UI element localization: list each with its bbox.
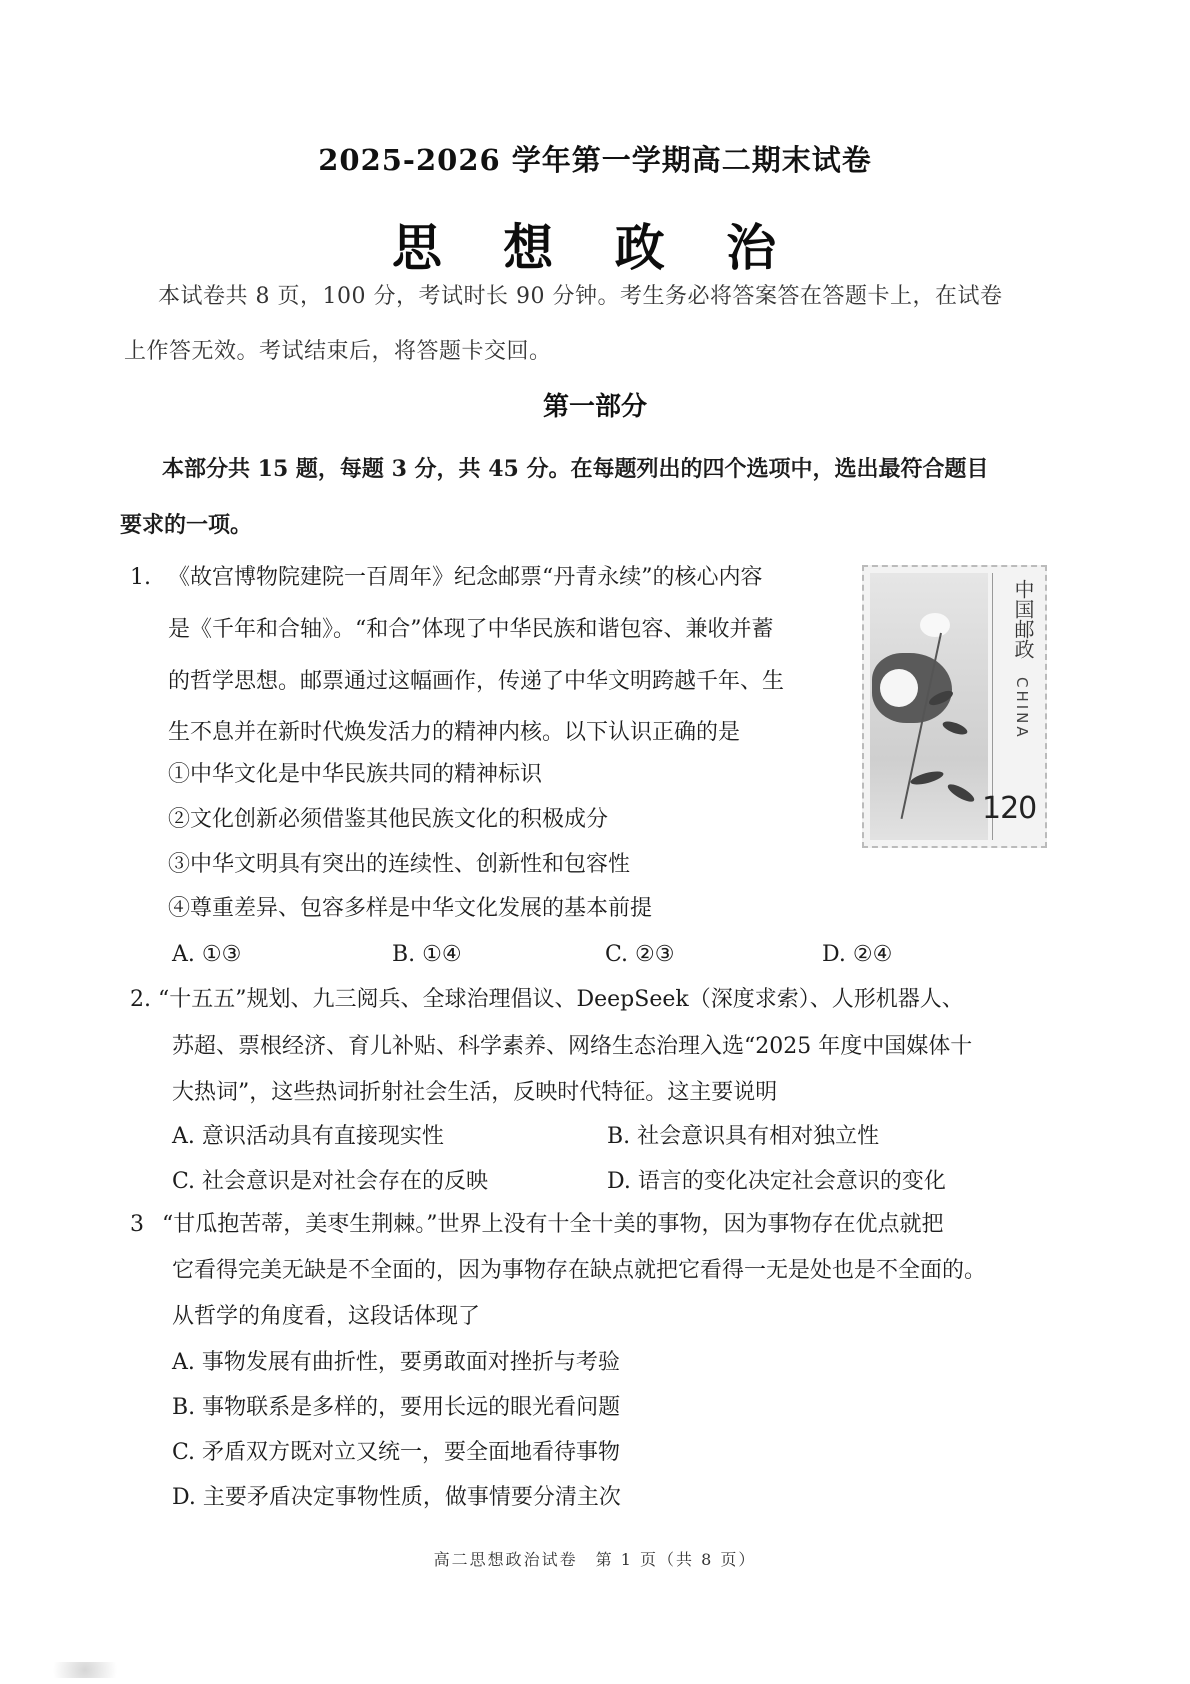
option-d[interactable]: D. ②④ xyxy=(822,940,892,970)
option-label: B. xyxy=(392,942,415,967)
scan-artifact xyxy=(40,1662,130,1678)
question-stem-line: 苏超、票根经济、育儿补贴、科学素养、网络生态治理入选“2025 年度中国媒体十 xyxy=(172,1032,972,1062)
option-label: C. xyxy=(172,1169,195,1194)
leaf-shape xyxy=(941,719,969,737)
option-text: ②④ xyxy=(853,942,892,967)
option-label: A. xyxy=(172,1350,195,1375)
option-a[interactable]: A. ①③ xyxy=(172,940,241,970)
rock-hole xyxy=(880,669,918,707)
leaf-shape xyxy=(946,781,977,805)
option-label: D. xyxy=(172,1485,196,1510)
option-text: 事物联系是多样的，要用长远的眼光看问题 xyxy=(202,1395,620,1420)
option-b[interactable]: B. 事物联系是多样的，要用长远的眼光看问题 xyxy=(172,1393,620,1423)
question-number: 2. xyxy=(130,985,151,1015)
option-label: B. xyxy=(172,1395,195,1420)
option-text: 事物发展有曲折性，要勇敢面对挫折与考验 xyxy=(202,1350,620,1375)
question-stem-line: 《故宫博物院建院一百周年》纪念邮票“丹青永续”的核心内容 xyxy=(168,563,763,593)
question-stem-line: 从哲学的角度看，这段话体现了 xyxy=(172,1302,480,1332)
question-number: 1. xyxy=(130,563,151,593)
option-text: ①④ xyxy=(422,942,461,967)
option-b[interactable]: B. 社会意识具有相对独立性 xyxy=(607,1122,879,1152)
option-label: A. xyxy=(172,942,195,967)
question-stem-line: 它看得完美无缺是不全面的，因为事物存在缺点就把它看得一无是处也是不全面的。 xyxy=(172,1256,986,1286)
exam-instructions-line-1: 本试卷共 8 页，100 分，考试时长 90 分钟。考生务必将答案答在答题卡上，… xyxy=(158,282,1002,312)
question-stem-line: 的哲学思想。邮票通过这幅画作，传递了中华文明跨越千年、生 xyxy=(168,667,784,697)
question-stem-line: 大热词”，这些热词折射社会生活，反映时代特征。这主要说明 xyxy=(172,1078,777,1108)
option-text: 矛盾双方既对立又统一，要全面地看待事物 xyxy=(202,1440,620,1465)
option-text: ②③ xyxy=(635,942,674,967)
question-stem-line: 生不息并在新时代焕发活力的精神内核。以下认识正确的是 xyxy=(168,718,740,748)
option-label: B. xyxy=(607,1124,630,1149)
leaf-shape xyxy=(909,769,944,787)
question-stem-line: “甘瓜抱苦蒂，美枣生荆棘。”世界上没有十全十美的事物，因为事物存在优点就把 xyxy=(162,1210,944,1240)
option-d[interactable]: D. 主要矛盾决定事物性质，做事情要分清主次 xyxy=(172,1483,621,1513)
exam-title: 2025-2026 学年第一学期高二期末试卷 xyxy=(0,138,1190,179)
question-number: 3 xyxy=(130,1210,144,1240)
option-label: A. xyxy=(172,1124,195,1149)
flower-shape xyxy=(920,613,950,637)
option-label: D. xyxy=(607,1169,631,1194)
option-text: 社会意识是对社会存在的反映 xyxy=(202,1169,488,1194)
ink-painting xyxy=(870,573,988,840)
option-text: 意识活动具有直接现实性 xyxy=(202,1124,444,1149)
subject-title: 思 想 政 治 xyxy=(0,208,1190,280)
question-stem-line: “十五五”规划、九三阅兵、全球治理倡议、DeepSeek（深度求索）、人形机器人… xyxy=(158,985,964,1015)
option-c[interactable]: C. ②③ xyxy=(605,940,675,970)
option-c[interactable]: C. 社会意识是对社会存在的反映 xyxy=(172,1167,488,1197)
question-stem-line: 是《千年和合轴》。“和合”体现了中华民族和谐包容、兼收并蓄 xyxy=(168,615,774,645)
statement-4: ④尊重差异、包容多样是中华文化发展的基本前提 xyxy=(168,894,652,924)
stamp-country-cn: 中国邮政 xyxy=(1011,579,1035,659)
option-c[interactable]: C. 矛盾双方既对立又统一，要全面地看待事物 xyxy=(172,1438,620,1468)
statement-2: ②文化创新必须借鉴其他民族文化的积极成分 xyxy=(168,805,608,835)
stamp-denomination: 120 xyxy=(982,791,1036,826)
option-b[interactable]: B. ①④ xyxy=(392,940,462,970)
option-label: C. xyxy=(605,942,628,967)
page-footer: 高二思想政治试卷 第 1 页（共 8 页） xyxy=(0,1547,1190,1570)
part-description-line-2: 要求的一项。 xyxy=(120,510,252,540)
part-title: 第一部分 xyxy=(0,386,1190,423)
stamp-country-en: CHINA xyxy=(1013,677,1031,740)
option-text: 主要矛盾决定事物性质，做事情要分清主次 xyxy=(203,1485,621,1510)
option-a[interactable]: A. 意识活动具有直接现实性 xyxy=(172,1122,444,1152)
postage-stamp-image: 中国邮政 CHINA 120 xyxy=(862,565,1047,848)
exam-instructions-line-2: 上作答无效。考试结束后，将答题卡交回。 xyxy=(124,337,552,367)
option-a[interactable]: A. 事物发展有曲折性，要勇敢面对挫折与考验 xyxy=(172,1348,620,1378)
statement-3: ③中华文明具有突出的连续性、创新性和包容性 xyxy=(168,850,630,880)
option-text: ①③ xyxy=(202,942,241,967)
option-d[interactable]: D. 语言的变化决定社会意识的变化 xyxy=(607,1167,946,1197)
part-description-line-1: 本部分共 15 题，每题 3 分，共 45 分。在每题列出的四个选项中，选出最符… xyxy=(162,454,989,484)
option-label: C. xyxy=(172,1440,195,1465)
option-text: 社会意识具有相对独立性 xyxy=(637,1124,879,1149)
statement-1: ①中华文化是中华民族共同的精神标识 xyxy=(168,760,542,790)
option-text: 语言的变化决定社会意识的变化 xyxy=(638,1169,946,1194)
option-label: D. xyxy=(822,942,846,967)
